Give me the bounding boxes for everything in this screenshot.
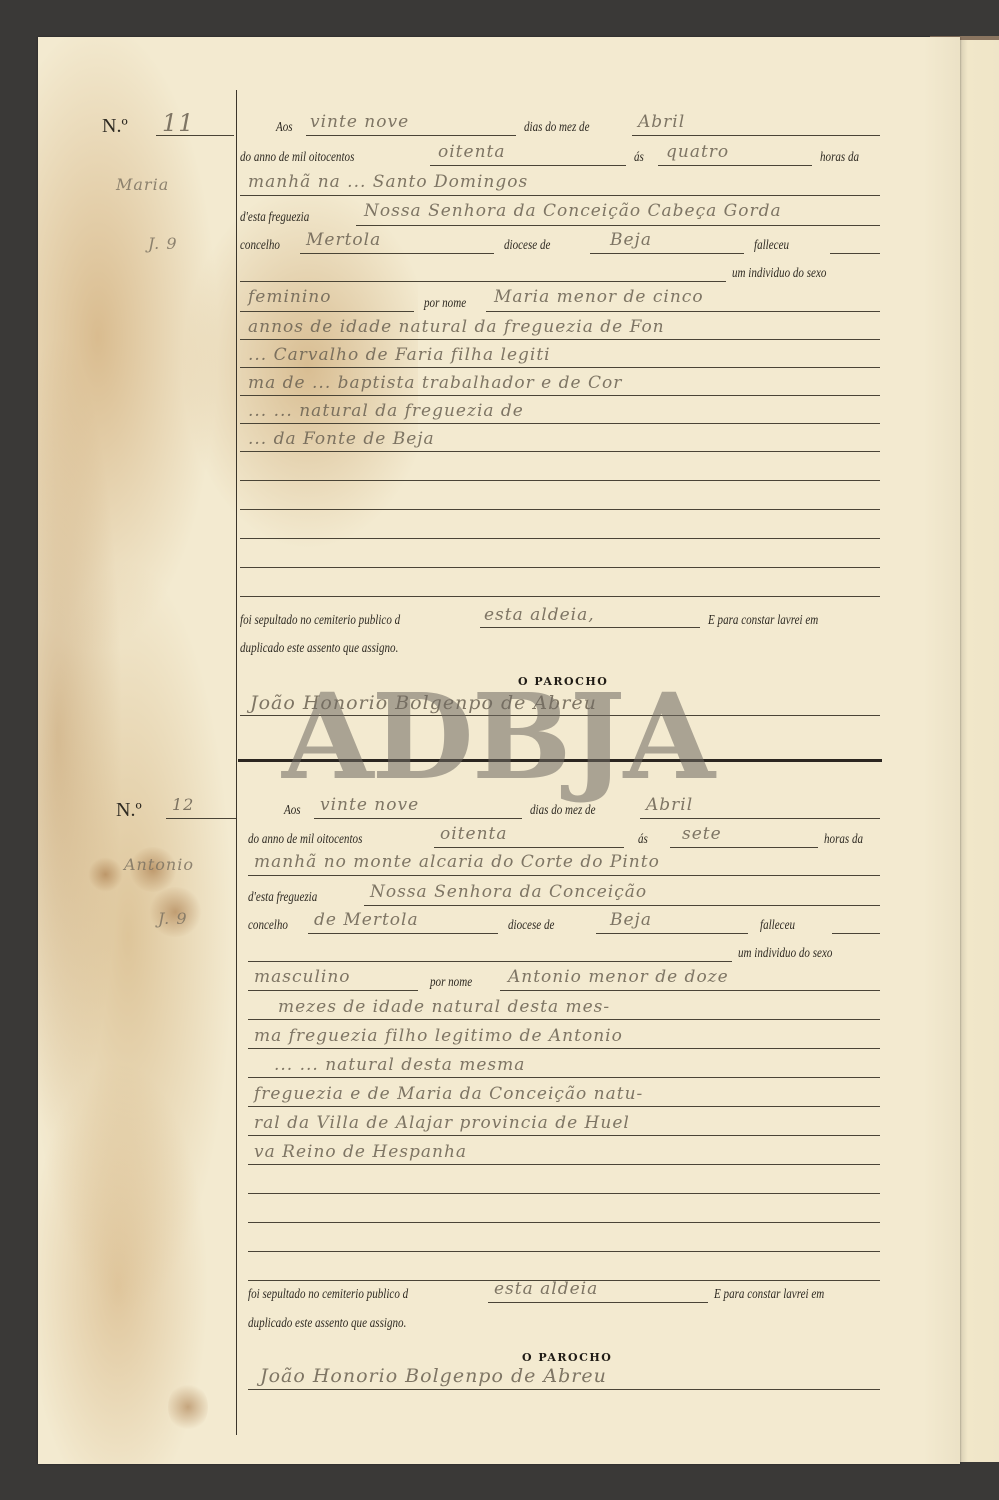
ruled-line	[248, 1164, 880, 1165]
field-sex: feminino	[248, 287, 331, 307]
underline	[670, 847, 818, 848]
underline	[364, 905, 880, 906]
underline	[434, 847, 624, 848]
stain-spot	[88, 857, 123, 892]
margin-note-extra: J. 9	[158, 909, 188, 928]
underline	[632, 135, 880, 136]
form-label-mez: dias do mez de	[524, 119, 589, 135]
field-parish: Nossa Senhora da Conceição	[370, 882, 647, 902]
field-concelho: de Mertola	[314, 910, 419, 930]
form-label-as: ás	[638, 831, 648, 847]
underline	[248, 875, 880, 876]
underline	[248, 990, 418, 991]
body-line: mezes de idade natural desta mes-	[278, 997, 610, 1017]
margin-note-extra: J. 9	[148, 234, 178, 253]
signature-title: O PAROCHO	[522, 1351, 612, 1364]
form-label-horas: horas da	[824, 831, 863, 847]
form-label-sepultado: foi sepultado no cemiterio publico d	[248, 1286, 408, 1302]
water-stain	[38, 37, 418, 1464]
form-label-freguezia: d'esta freguezia	[248, 889, 317, 905]
ruled-line	[240, 538, 880, 539]
margin-note-name: Antonio	[124, 855, 194, 874]
form-label-anno: do anno de mil oitocentos	[240, 149, 354, 165]
ruled-line	[240, 509, 880, 510]
ruled-line	[248, 1048, 880, 1049]
body-line: ... ... natural da freguezia de	[248, 401, 524, 421]
ruled-line	[240, 395, 880, 396]
field-concelho: Mertola	[306, 230, 381, 250]
form-label-nome: por nome	[424, 295, 466, 311]
field-name: Maria menor de cinco	[494, 287, 704, 307]
field-name: Antonio menor de doze	[508, 967, 729, 987]
underline	[240, 281, 726, 282]
margin-rule	[236, 90, 237, 1435]
form-label-concelho: concelho	[240, 237, 280, 253]
underline	[590, 253, 744, 254]
underline	[300, 253, 494, 254]
underline	[830, 253, 880, 254]
ruled-line	[240, 596, 880, 597]
archive-watermark: ADBJA	[282, 667, 713, 806]
form-label-diocese: diocese de	[504, 237, 550, 253]
field-year: oitenta	[438, 142, 505, 162]
field-hour: quatro	[666, 142, 729, 162]
field-parish: Nossa Senhora da Conceição Cabeça Gorda	[364, 201, 782, 221]
underline	[306, 135, 516, 136]
field-place: manhã na ... Santo Domingos	[248, 172, 528, 192]
adjacent-page-edge	[960, 40, 999, 1462]
field-sex: masculino	[254, 967, 351, 987]
form-label-freguezia: d'esta freguezia	[240, 209, 309, 225]
parish-priest-signature: João Honorio Bolgenpo de Abreu	[250, 692, 597, 714]
signature-line	[240, 715, 880, 716]
body-line: ma freguezia filho legitimo de Antonio	[254, 1026, 623, 1046]
underline	[640, 818, 880, 819]
underline	[500, 990, 880, 991]
form-label-duplicado: duplicado este assento que assigno.	[240, 640, 398, 656]
underline	[356, 225, 880, 226]
form-label-anno: do anno de mil oitocentos	[248, 831, 362, 847]
ruled-line	[248, 1106, 880, 1107]
record-separator	[238, 759, 882, 762]
form-label-falleceu: falleceu	[754, 237, 789, 253]
form-label-as: ás	[634, 149, 644, 165]
field-day: vinte nove	[320, 795, 419, 815]
underline	[658, 165, 812, 166]
stain-spot	[168, 1382, 208, 1432]
form-label-constar: E para constar lavrei em	[714, 1286, 824, 1302]
field-day: vinte nove	[310, 112, 409, 132]
record-number-value: 12	[172, 795, 194, 814]
ruled-line	[248, 1251, 880, 1252]
field-hour: sete	[682, 824, 722, 844]
body-line: annos de idade natural da freguezia de F…	[248, 317, 665, 337]
underline	[240, 195, 880, 196]
ruled-line	[240, 423, 880, 424]
underline	[308, 933, 498, 934]
underline	[832, 933, 880, 934]
body-line: ma de ... baptista trabalhador e de Cor	[248, 373, 622, 393]
body-line: freguezia e de Maria da Conceição natu-	[254, 1084, 643, 1104]
form-label-aos: Aos	[276, 119, 293, 135]
ruled-line	[248, 1222, 880, 1223]
field-burial-place: esta aldeia,	[484, 605, 595, 625]
form-label-mez: dias do mez de	[530, 802, 595, 818]
form-label-concelho: concelho	[248, 917, 288, 933]
record-number-label: N.º	[116, 799, 142, 822]
underline	[488, 1302, 708, 1303]
ruled-line	[240, 339, 880, 340]
field-diocese: Beja	[610, 230, 652, 250]
form-label-sexo: um individuo do sexo	[732, 265, 826, 281]
body-line: ... ... natural desta mesma	[274, 1055, 525, 1075]
form-label-horas: horas da	[820, 149, 859, 165]
form-label-sexo: um individuo do sexo	[738, 945, 832, 961]
ruled-line	[248, 1077, 880, 1078]
signature-line	[248, 1389, 880, 1390]
field-month: Abril	[646, 795, 693, 815]
ruled-line	[248, 1135, 880, 1136]
form-label-falleceu: falleceu	[760, 917, 795, 933]
signature-title: O PAROCHO	[518, 675, 608, 688]
form-label-diocese: diocese de	[508, 917, 554, 933]
underline	[480, 627, 700, 628]
ruled-line	[240, 567, 880, 568]
body-line: ... da Fonte de Beja	[248, 429, 435, 449]
record-number-value: 11	[162, 109, 195, 137]
form-label-duplicado: duplicado este assento que assigno.	[248, 1315, 406, 1331]
underline	[430, 165, 626, 166]
field-burial-place: esta aldeia	[494, 1279, 598, 1299]
form-label-nome: por nome	[430, 974, 472, 990]
underline	[314, 818, 522, 819]
field-month: Abril	[638, 112, 685, 132]
ruled-line	[240, 451, 880, 452]
register-page: N.º 11 Maria J. 9 Aos vinte nove dias do…	[38, 37, 960, 1464]
underline	[240, 311, 414, 312]
margin-note-name: Maria	[116, 175, 169, 194]
field-diocese: Beja	[610, 910, 652, 930]
ruled-line	[240, 480, 880, 481]
body-line: va Reino de Hespanha	[254, 1142, 467, 1162]
form-label-sepultado: foi sepultado no cemiterio publico d	[240, 612, 400, 628]
underline	[486, 311, 880, 312]
parish-priest-signature: João Honorio Bolgenpo de Abreu	[260, 1365, 607, 1387]
number-underline	[156, 135, 234, 136]
body-line: ... Carvalho de Faria filha legiti	[248, 345, 551, 365]
field-year: oitenta	[440, 824, 507, 844]
field-place: manhã no monte alcaria do Corte do Pinto	[254, 852, 660, 872]
underline	[248, 961, 732, 962]
underline	[596, 933, 748, 934]
ruled-line	[248, 1193, 880, 1194]
form-label-aos: Aos	[284, 802, 301, 818]
form-label-constar: E para constar lavrei em	[708, 612, 818, 628]
ruled-line	[240, 367, 880, 368]
number-underline	[166, 818, 236, 819]
record-number-label: N.º	[102, 115, 128, 138]
ruled-line	[248, 1019, 880, 1020]
body-line: ral da Villa de Alajar provincia de Huel	[254, 1113, 630, 1133]
